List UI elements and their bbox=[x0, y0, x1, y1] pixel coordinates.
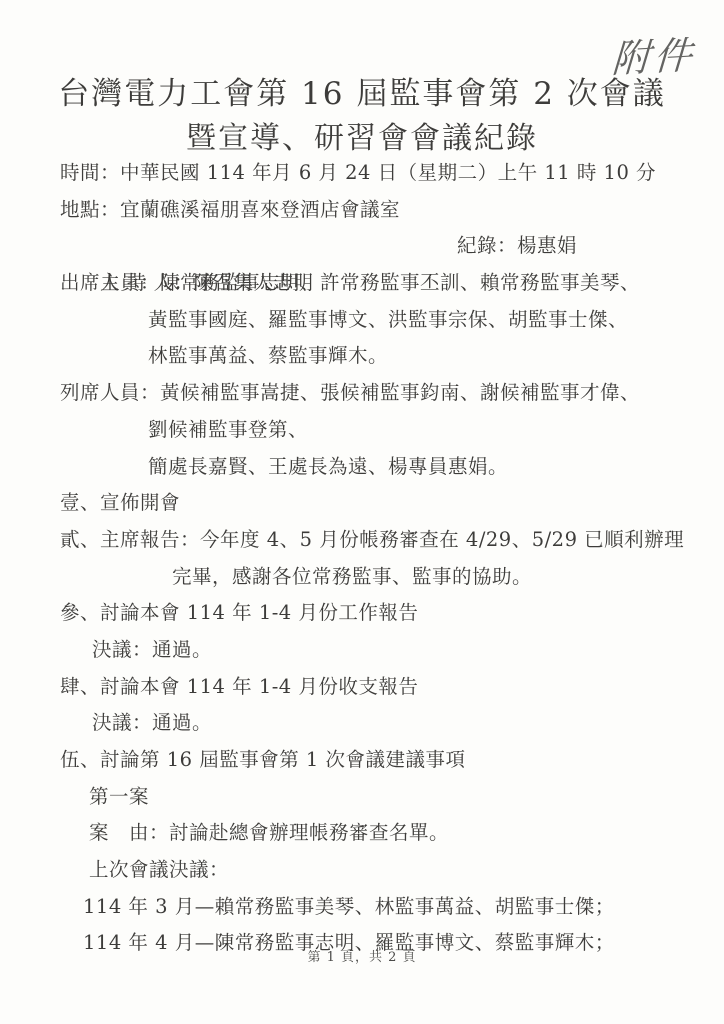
agenda-item-2-line-1: 貳、主席報告：今年度 4、5 月份帳務審查在 4/29、5/29 已順利辦理 bbox=[60, 522, 688, 559]
document-page: 附件 台灣電力工會第 16 屆監事會第 2 次會議 暨宣導、研習會會議紀錄 時間… bbox=[0, 0, 724, 1024]
time-line: 時間：中華民國 114 年月 6 月 24 日（星期二）上午 11 時 10 分 bbox=[60, 155, 688, 192]
observers-line-3: 簡處長嘉賢、王處長為遠、楊專員惠娟。 bbox=[60, 449, 688, 486]
agenda-item-5: 伍、討論第 16 屆監事會第 1 次會議建議事項 bbox=[60, 742, 688, 779]
agenda-item-2-line-2: 完畢，感謝各位常務監事、監事的協助。 bbox=[60, 559, 688, 596]
agenda-item-1: 壹、宣佈開會 bbox=[60, 485, 688, 522]
attendees-line-1: 出席人員：陳常務監事志明、許常務監事丕訓、賴常務監事美琴、 bbox=[60, 265, 688, 302]
agenda-item-5-previous-resolution-label: 上次會議決議： bbox=[60, 852, 688, 889]
agenda-item-5-case-1-subject: 案 由：討論赴總會辦理帳務審查名單。 bbox=[60, 815, 688, 852]
chair-line: 主 持 人：陳召集人志明 紀錄：楊惠娟 bbox=[60, 228, 688, 265]
attendees-line-3: 林監事萬益、蔡監事輝木。 bbox=[60, 338, 688, 375]
agenda-item-3-resolution: 決議：通過。 bbox=[60, 632, 688, 669]
agenda-item-3: 參、討論本會 114 年 1-4 月份工作報告 bbox=[60, 595, 688, 632]
page-number-footer: 第 1 頁，共 2 頁 bbox=[0, 946, 724, 965]
observers-line-1: 列席人員：黃候補監事嵩捷、張候補監事鈞南、謝候補監事才偉、 bbox=[60, 375, 688, 412]
agenda-item-5-case-1-number: 第一案 bbox=[60, 779, 688, 816]
document-body: 時間：中華民國 114 年月 6 月 24 日（星期二）上午 11 時 10 分… bbox=[60, 155, 688, 962]
attendees-line-2: 黃監事國庭、羅監事博文、洪監事宗保、胡監事士傑、 bbox=[60, 302, 688, 339]
doc-title-line1: 台灣電力工會第 16 屆監事會第 2 次會議 bbox=[0, 68, 724, 113]
location-line: 地點：宜蘭礁溪福朋喜來登酒店會議室 bbox=[60, 192, 688, 229]
agenda-item-4-resolution: 決議：通過。 bbox=[60, 705, 688, 742]
recorder-label: 紀錄：楊惠娟 bbox=[457, 228, 577, 265]
agenda-item-5-previous-resolution-march: 114 年 3 月—賴常務監事美琴、林監事萬益、胡監事士傑； bbox=[60, 889, 688, 926]
observers-line-2: 劉候補監事登第、 bbox=[60, 412, 688, 449]
doc-title-line2: 暨宣導、研習會會議紀錄 bbox=[0, 113, 724, 157]
agenda-item-4: 肆、討論本會 114 年 1-4 月份收支報告 bbox=[60, 669, 688, 706]
